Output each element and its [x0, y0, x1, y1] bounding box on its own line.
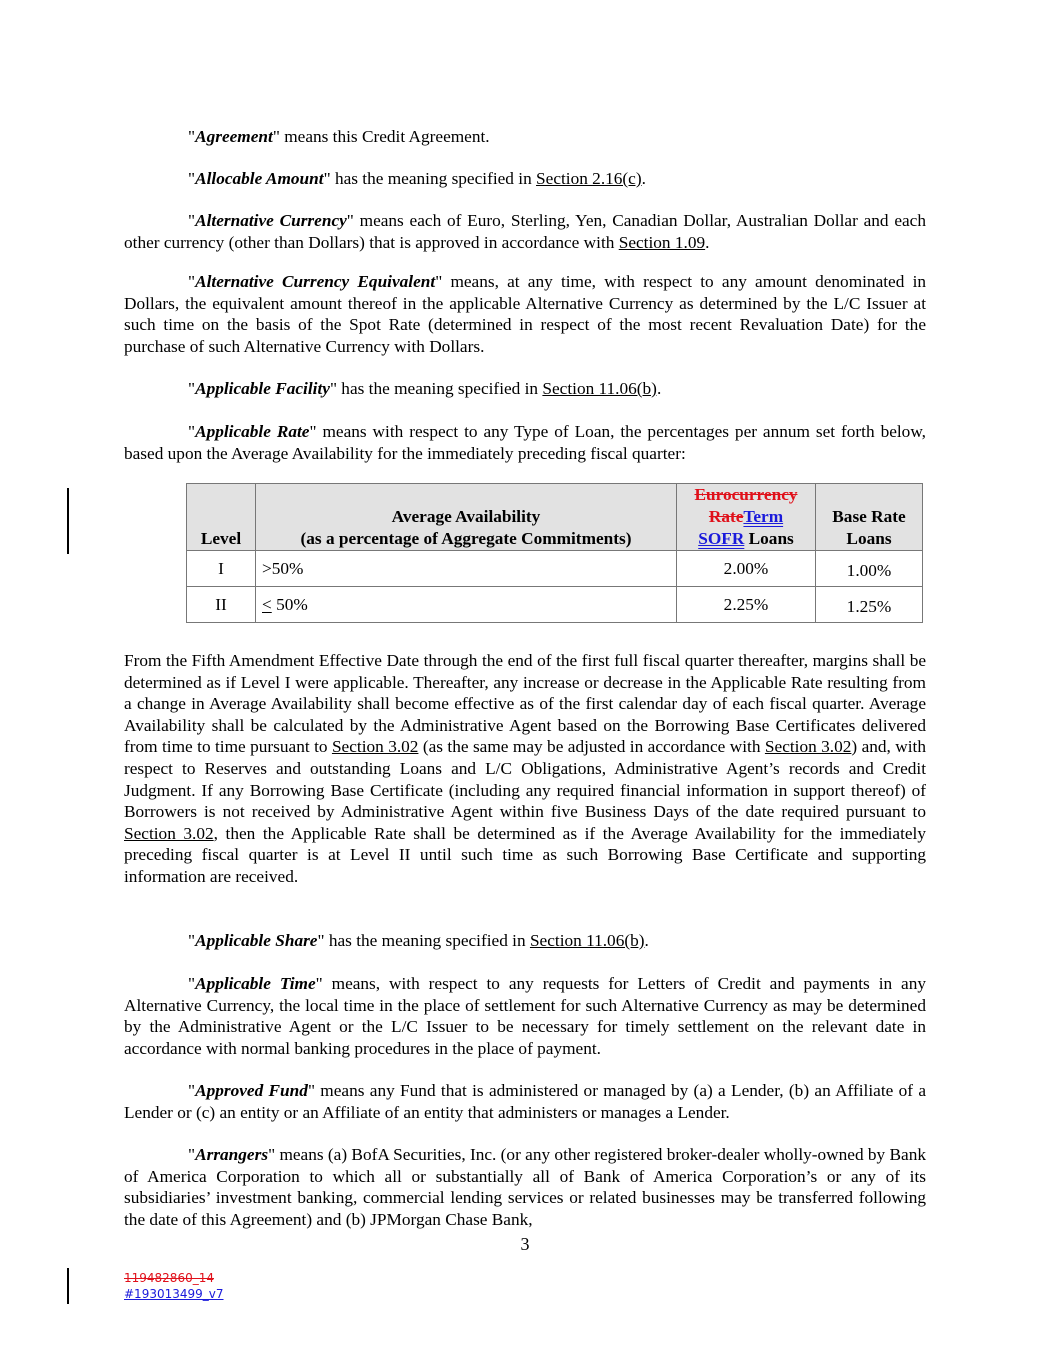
definition-agreement: "Agreement" means this Credit Agreement.	[124, 126, 926, 148]
cell-availability: < 50%	[256, 587, 677, 623]
defined-term: Applicable Facility	[195, 379, 330, 398]
cell-availability: >50%	[256, 551, 677, 587]
change-bar-table	[67, 488, 69, 554]
document-id-footer: 119482860_14 #193013499_v7	[124, 1270, 224, 1302]
definition-arrangers: "Arrangers" means (a) BofA Securities, I…	[124, 1144, 926, 1230]
section-reference-link[interactable]: Section 3.02	[124, 824, 214, 843]
defined-term: Allocable Amount	[195, 169, 324, 188]
applicable-rate-table: Level Average Availability (as a percent…	[186, 483, 923, 623]
cell-term-sofr-rate: 2.25%	[677, 587, 816, 623]
definition-applicable-rate: "Applicable Rate" means with respect to …	[124, 421, 926, 464]
section-reference-link[interactable]: Section 3.02	[765, 737, 852, 756]
deleted-document-id: 119482860_14	[124, 1270, 224, 1286]
cell-term-sofr-rate: 2.00%	[677, 551, 816, 587]
table-row: I >50% 2.00% 1.00%	[187, 551, 923, 587]
definition-allocable-amount: "Allocable Amount" has the meaning speci…	[124, 168, 926, 190]
defined-term: Applicable Time	[195, 974, 316, 993]
cell-level: I	[187, 551, 256, 587]
definition-applicable-share: "Applicable Share" has the meaning speci…	[124, 930, 926, 952]
section-reference-link[interactable]: Section 11.06(b)	[530, 931, 645, 950]
definition-applicable-facility: "Applicable Facility" has the meaning sp…	[124, 378, 926, 400]
defined-term: Agreement	[195, 127, 273, 146]
section-reference-link[interactable]: Section 11.06(b)	[542, 379, 657, 398]
inserted-text: Term	[743, 507, 783, 526]
inserted-text: SOFR	[698, 529, 744, 548]
header-average-availability: Average Availability (as a percentage of…	[256, 484, 677, 551]
defined-term: Alternative Currency	[195, 211, 347, 230]
header-level: Level	[187, 484, 256, 551]
section-reference-link[interactable]: Section 2.16(c)	[536, 169, 642, 188]
defined-term: Applicable Share	[195, 931, 317, 950]
deleted-text: Eurocurrency	[694, 485, 797, 504]
table-row: II < 50% 2.25% 1.25%	[187, 587, 923, 623]
cell-base-rate: 1.25%	[816, 587, 923, 623]
definition-applicable-time: "Applicable Time" means, with respect to…	[124, 973, 926, 1059]
defined-term: Approved Fund	[195, 1081, 308, 1100]
definition-alternative-currency: "Alternative Currency" means each of Eur…	[124, 210, 926, 253]
cell-level: II	[187, 587, 256, 623]
page-number: 3	[124, 1234, 926, 1255]
header-base-rate-loans: Base Rate Loans	[816, 484, 923, 551]
header-term-sofr-loans: Eurocurrency RateTerm SOFR Loans	[677, 484, 816, 551]
definition-approved-fund: "Approved Fund" means any Fund that is a…	[124, 1080, 926, 1123]
section-reference-link[interactable]: Section 3.02	[332, 737, 419, 756]
table-header-row: Level Average Availability (as a percent…	[187, 484, 923, 551]
defined-term: Applicable Rate	[195, 422, 309, 441]
deleted-text: Rate	[709, 507, 744, 526]
defined-term: Alternative Currency Equivalent	[195, 272, 435, 291]
change-bar-footer	[67, 1268, 69, 1304]
defined-term: Arrangers	[195, 1145, 268, 1164]
inserted-document-id: #193013499_v7	[124, 1286, 224, 1302]
section-reference-link[interactable]: Section 1.09	[619, 233, 705, 252]
definition-alternative-currency-equivalent: "Alternative Currency Equivalent" means,…	[124, 271, 926, 357]
margin-determination-paragraph: From the Fifth Amendment Effective Date …	[124, 650, 926, 888]
cell-base-rate: 1.00%	[816, 551, 923, 587]
